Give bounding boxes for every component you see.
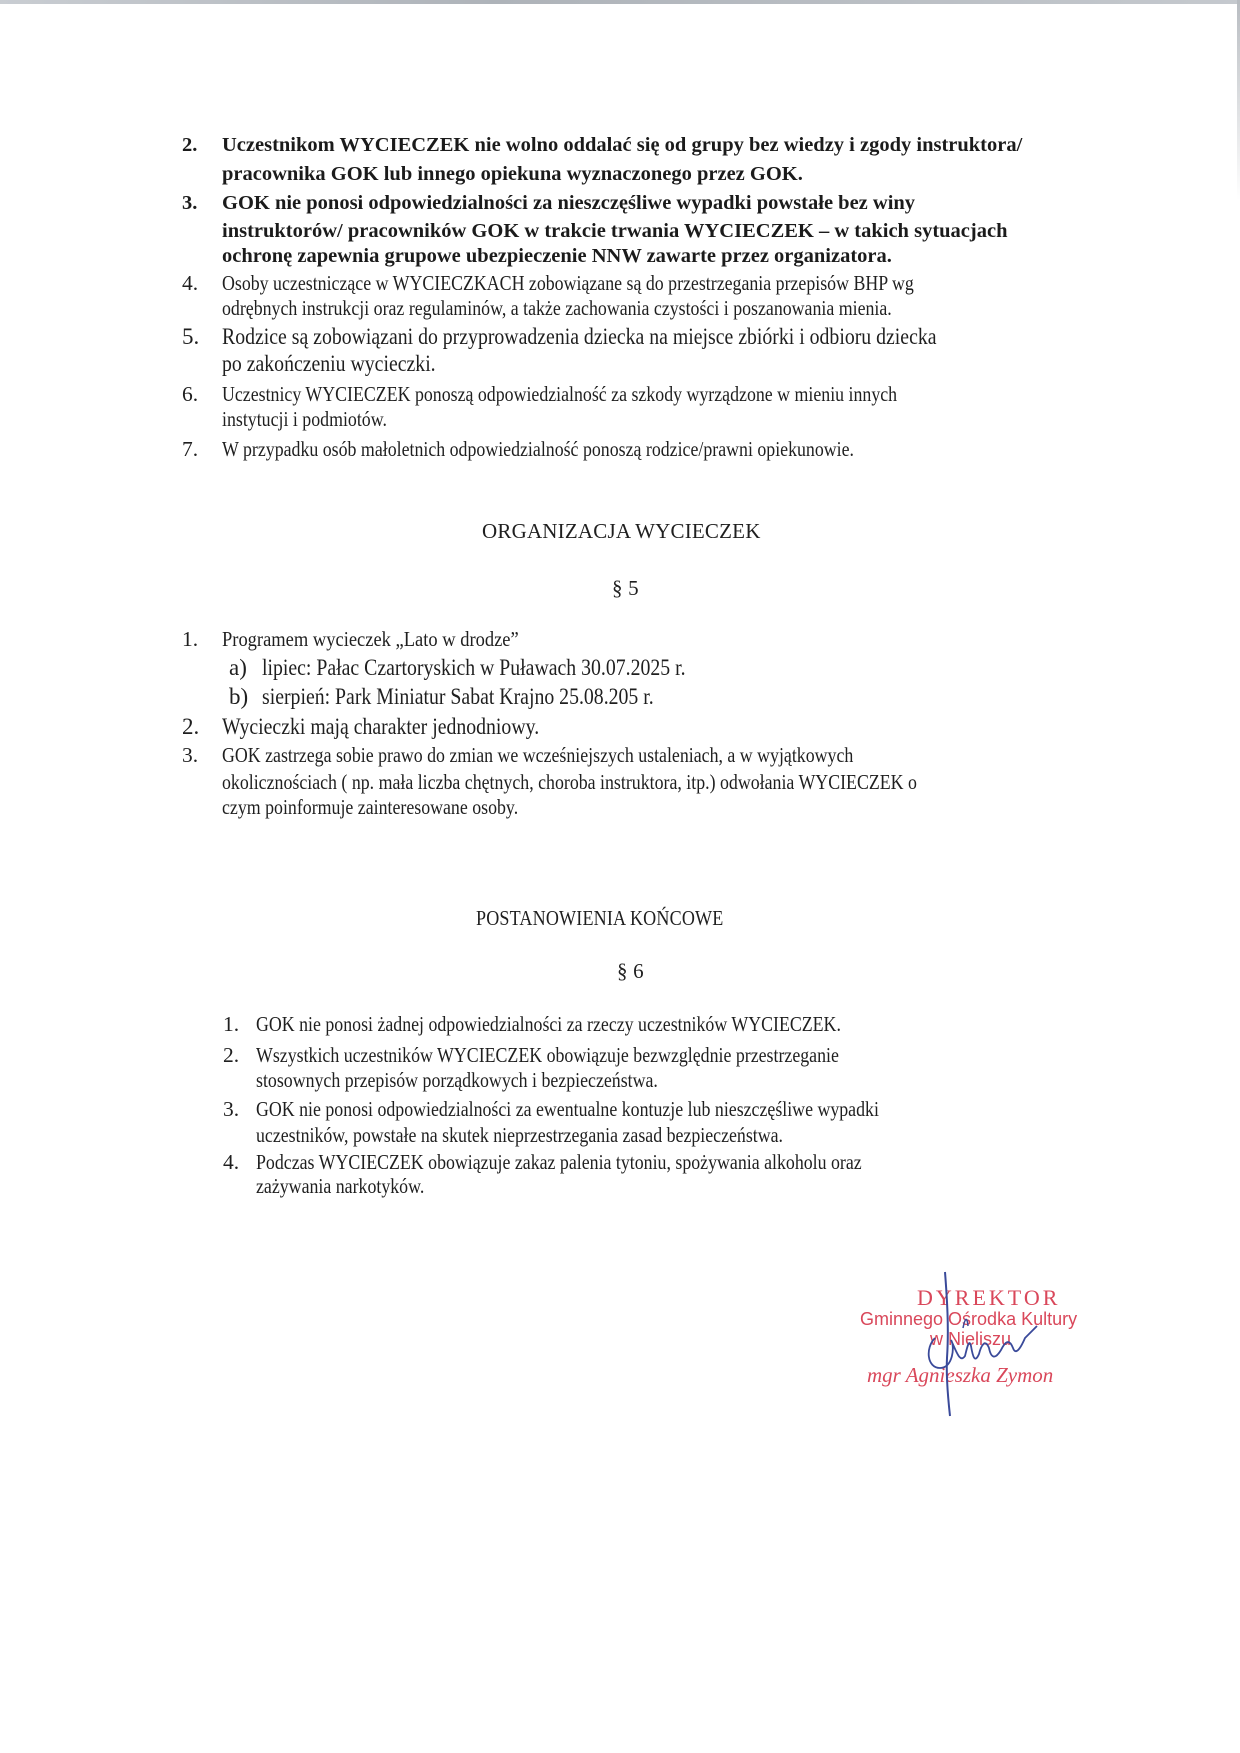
list-item-text: Wycieczki mają charakter jednodniowy.: [222, 715, 539, 738]
list-item-text: ochronę zapewnia grupowe ubezpieczenie N…: [222, 246, 892, 267]
sub-item-letter: a): [229, 656, 247, 679]
paragraph-number: § 6: [617, 961, 644, 982]
paragraph-number: § 5: [612, 578, 639, 599]
list-item-text: GOK nie ponosi odpowiedzialności za nies…: [222, 193, 915, 214]
list-item-number: 3.: [182, 745, 198, 767]
list-item-text: Uczestnikom WYCIECZEK nie wolno oddalać …: [222, 135, 1022, 156]
list-item-text: Wszystkich uczestników WYCIECZEK obowiąz…: [256, 1045, 839, 1067]
section-heading: POSTANOWIENIA KOŃCOWE: [476, 908, 723, 929]
list-item-text: pracownika GOK lub innego opiekuna wyzna…: [222, 164, 803, 185]
list-item-number: 4.: [182, 273, 198, 295]
sub-item-text: sierpień: Park Miniatur Sabat Krajno 25.…: [262, 685, 654, 708]
sub-item-text: lipiec: Pałac Czartoryskich w Puławach 3…: [262, 656, 686, 679]
section-heading: ORGANIZACJA WYCIECZEK: [482, 521, 761, 542]
sub-item-letter: b): [229, 685, 248, 708]
list-item-text: Podczas WYCIECZEK obowiązuje zakaz palen…: [256, 1152, 862, 1174]
list-item-number: 4.: [223, 1152, 239, 1174]
list-item-text: GOK zastrzega sobie prawo do zmian we wc…: [222, 745, 853, 767]
list-item-text: Rodzice są zobowiązani do przyprowadzeni…: [222, 325, 937, 348]
list-item-text: GOK nie ponosi odpowiedzialności za ewen…: [256, 1099, 879, 1121]
list-item-text: okolicznościach ( np. mała liczba chętny…: [222, 772, 917, 794]
list-item-text: Osoby uczestniczące w WYCIECZKACH zobowi…: [222, 273, 914, 295]
list-item-number: 2.: [182, 135, 197, 156]
list-item-number: 7.: [182, 439, 198, 461]
list-item-number: 3.: [182, 193, 197, 214]
list-item-text: stosownych przepisów porządkowych i bezp…: [256, 1070, 658, 1092]
list-item-number: 3.: [223, 1099, 239, 1121]
list-item-number: 2.: [223, 1045, 239, 1067]
list-item-text: zażywania narkotyków.: [256, 1176, 424, 1198]
list-item-text: W przypadku osób małoletnich odpowiedzia…: [222, 439, 854, 461]
signature-icon: [905, 1268, 1045, 1418]
list-item-number: 5.: [182, 325, 199, 348]
list-item-number: 1.: [182, 629, 198, 651]
list-item-text: GOK nie ponosi żadnej odpowiedzialności …: [256, 1014, 841, 1036]
list-item-text: instytucji i podmiotów.: [222, 409, 387, 431]
scan-edge-top: [0, 0, 1240, 4]
list-item-number: 2.: [182, 715, 199, 738]
list-item-text: uczestników, powstałe na skutek nieprzes…: [256, 1125, 783, 1147]
list-item-number: 1.: [223, 1014, 239, 1036]
list-item-text: czym poinformuje zainteresowane osoby.: [222, 797, 518, 819]
list-item-text: Programem wycieczek „Lato w drodze”: [222, 629, 519, 651]
list-item-text: Uczestnicy WYCIECZEK ponoszą odpowiedzia…: [222, 384, 897, 406]
list-item-text: po zakończeniu wycieczki.: [222, 352, 436, 375]
list-item-text: odrębnych instrukcji oraz regulaminów, a…: [222, 298, 892, 320]
list-item-text: instruktorów/ pracowników GOK w trakcie …: [222, 221, 1007, 242]
list-item-number: 6.: [182, 384, 198, 406]
